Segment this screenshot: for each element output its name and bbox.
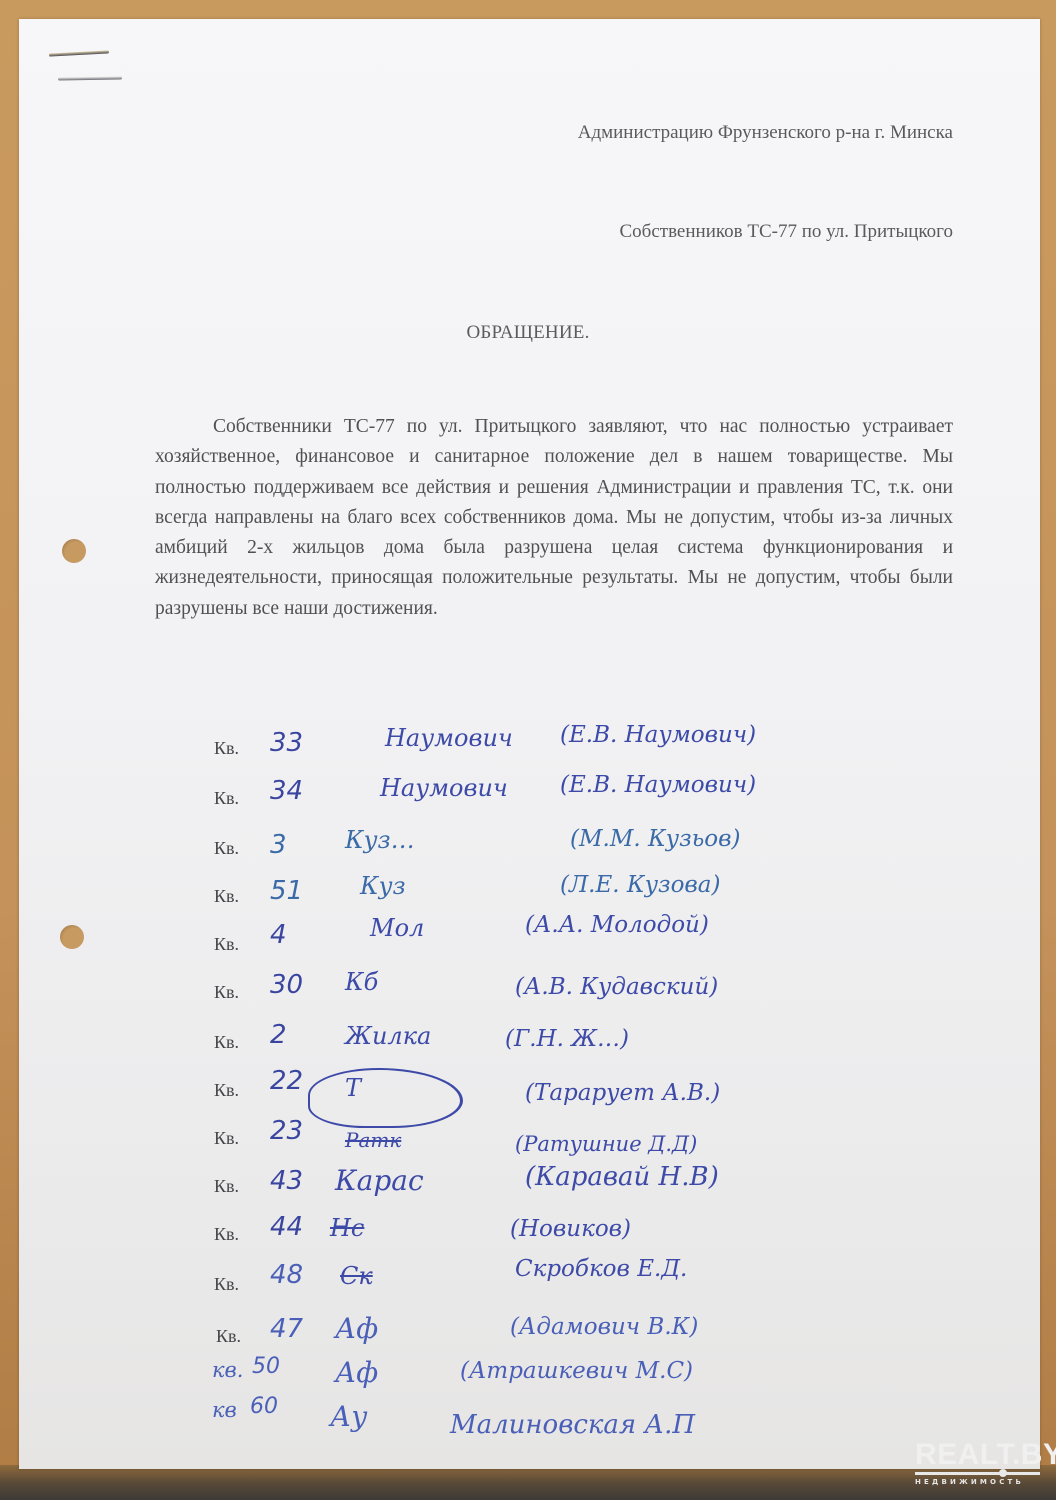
handwritten-name: (Атрашкевич М.С)	[460, 1358, 693, 1384]
apartment-number: 33	[270, 728, 303, 758]
handwritten-signature: Т	[345, 1074, 361, 1102]
handwritten-signature: Наумович	[380, 774, 508, 802]
apartment-label: Кв.	[214, 1224, 239, 1245]
apartment-number: 60	[250, 1394, 278, 1419]
handwritten-signature: Куз	[360, 872, 406, 900]
apartment-number: 51	[270, 876, 303, 906]
handwritten-signature-loop	[308, 1068, 463, 1128]
handwritten-name: Малиновская А.П	[450, 1410, 695, 1440]
handwritten-signature: Карас	[335, 1164, 424, 1197]
signature-row: Кв. 2 Жилка (Г.Н. Ж…)	[0, 1026, 1056, 1066]
apartment-label: Кв.	[214, 1032, 239, 1053]
addressee-to: Администрацию Фрунзенского р-на г. Минск…	[578, 122, 953, 144]
apartment-number: 23	[270, 1116, 303, 1146]
apartment-number: 48	[270, 1260, 303, 1290]
punch-hole-upper	[62, 539, 86, 563]
handwritten-signature: Ратк	[345, 1128, 401, 1152]
apartment-label: кв	[212, 1398, 237, 1422]
signature-row: Кв. 43 Карас (Каравай Н.В)	[0, 1170, 1056, 1210]
handwritten-name: (Ратушние Д.Д)	[515, 1132, 697, 1156]
signature-row: Кв. 4 Мол (А.А. Молодой)	[0, 928, 1056, 968]
handwritten-signature: Жилка	[345, 1022, 431, 1050]
apartment-label: Кв.	[214, 1080, 239, 1101]
handwritten-name: (Каравай Н.В)	[525, 1162, 719, 1192]
apartment-number: 22	[270, 1066, 303, 1096]
apartment-label: Кв.	[214, 738, 239, 759]
signature-row: Кв. 47 Аф (Адамович В.К)	[0, 1320, 1056, 1360]
apartment-label: Кв.	[214, 982, 239, 1003]
handwritten-name: (Л.Е. Кузова)	[560, 872, 721, 898]
desk-edge	[0, 1465, 1056, 1500]
document-body: Собственники ТС-77 по ул. Притыцкого зая…	[155, 412, 953, 624]
apartment-label: Кв.	[214, 1176, 239, 1197]
apartment-label: кв.	[212, 1358, 243, 1382]
apartment-number: 43	[270, 1166, 303, 1196]
signature-row: Кв. 34 Наумович (Е.В. Наумович)	[0, 782, 1056, 822]
body-paragraph: Собственники ТС-77 по ул. Притыцкого зая…	[155, 412, 953, 624]
watermark-dot-icon	[999, 1469, 1007, 1477]
handwritten-name: (А.В. Кудавский)	[515, 974, 718, 1000]
staple-mark-bottom	[58, 76, 122, 80]
handwritten-signature: Аф	[335, 1312, 378, 1345]
apartment-label: Кв.	[214, 788, 239, 809]
handwritten-name: (Е.В. Наумович)	[560, 772, 756, 798]
watermark-subtitle: НЕДВИЖИМОСТЬ	[915, 1478, 1040, 1486]
signature-row: кв. 50 Аф (Атрашкевич М.С)	[0, 1360, 1056, 1400]
apartment-number: 47	[270, 1314, 303, 1344]
apartment-number: 2	[270, 1020, 287, 1050]
handwritten-name: (Тарарует А.В.)	[525, 1080, 720, 1106]
handwritten-signature: Мол	[370, 914, 424, 942]
handwritten-name: (Е.В. Наумович)	[560, 722, 756, 748]
apartment-number: 34	[270, 776, 303, 806]
apartment-label: Кв.	[214, 934, 239, 955]
handwritten-signature: Ау	[330, 1400, 367, 1433]
signature-row: Кв. 3 Куз… (М.М. Кузьов)	[0, 832, 1056, 872]
apartment-number: 3	[270, 830, 287, 860]
addressee-from: Собственников ТС-77 по ул. Притыцкого	[620, 221, 954, 243]
signature-row: Кв. 22 Т (Тарарует А.В.)	[0, 1074, 1056, 1114]
apartment-number: 44	[270, 1212, 303, 1242]
signature-row: Кв. 44 Нс (Новиков)	[0, 1218, 1056, 1258]
handwritten-signature: Ск	[340, 1262, 373, 1290]
handwritten-name: (А.А. Молодой)	[525, 912, 709, 938]
handwritten-signature: Нс	[330, 1214, 364, 1242]
watermark-brand: REALT.BY	[915, 1440, 1040, 1470]
apartment-label: Кв.	[216, 1326, 241, 1347]
apartment-number: 30	[270, 970, 303, 1000]
handwritten-signature: Куз…	[345, 826, 415, 854]
realt-by-watermark: REALT.BY НЕДВИЖИМОСТЬ	[915, 1440, 1040, 1486]
signature-row: кв 60 Ау Малиновская А.П	[0, 1400, 1056, 1440]
signature-row: Кв. 33 Наумович (Е.В. Наумович)	[0, 732, 1056, 772]
apartment-label: Кв.	[214, 838, 239, 859]
signature-row: Кв. 48 Ск Скробков Е.Д.	[0, 1268, 1056, 1308]
handwritten-name: (Адамович В.К)	[510, 1314, 698, 1340]
document-title: ОБРАЩЕНИЕ.	[0, 322, 1056, 344]
handwritten-signature: Аф	[335, 1356, 378, 1389]
handwritten-name: (Новиков)	[510, 1216, 631, 1242]
watermark-underline	[915, 1472, 1040, 1475]
apartment-label: Кв.	[214, 886, 239, 907]
apartment-number: 4	[270, 920, 287, 950]
signature-row: Кв. 23 Ратк (Ратушние Д.Д)	[0, 1122, 1056, 1162]
apartment-number: 50	[252, 1354, 280, 1379]
signature-row: Кв. 30 Кб (А.В. Кудавский)	[0, 976, 1056, 1016]
staple-mark-top	[49, 50, 109, 56]
handwritten-name: Скробков Е.Д.	[515, 1256, 687, 1282]
apartment-label: Кв.	[214, 1274, 239, 1295]
handwritten-signature: Кб	[345, 968, 378, 996]
apartment-label: Кв.	[214, 1128, 239, 1149]
handwritten-name: (М.М. Кузьов)	[570, 826, 740, 852]
handwritten-name: (Г.Н. Ж…)	[505, 1026, 629, 1052]
handwritten-signature: Наумович	[385, 724, 513, 752]
